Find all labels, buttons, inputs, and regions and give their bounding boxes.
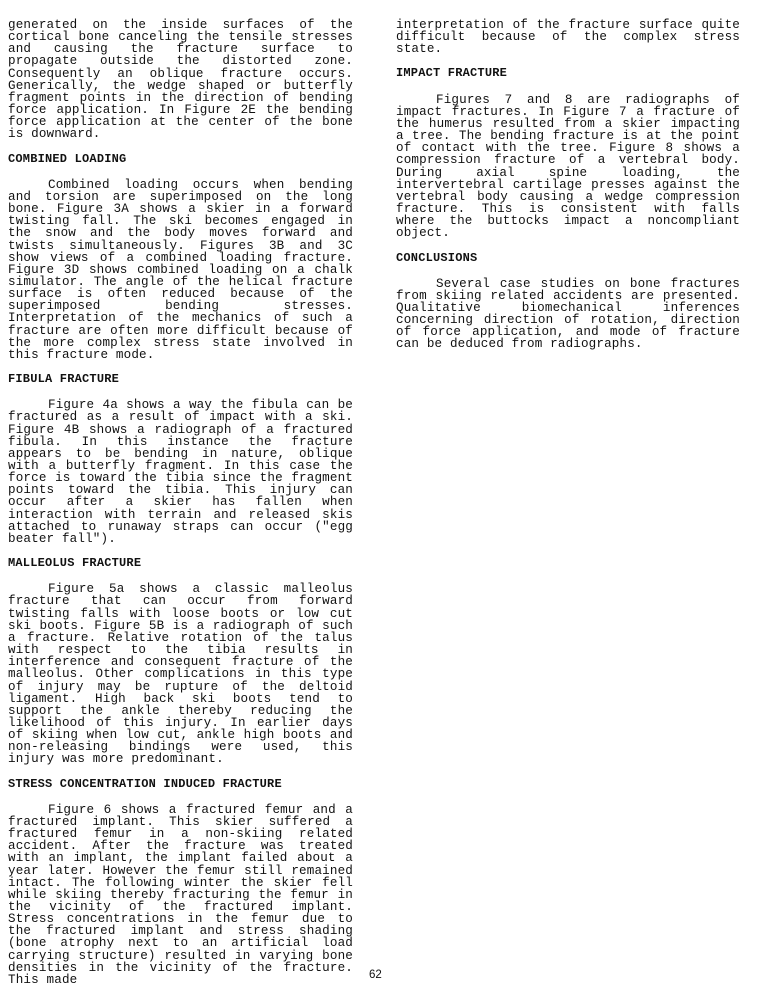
section-body-stress-concentration: Figure 6 shows a fractured femur and a f… [8,804,353,986]
continued-paragraph: generated on the inside surfaces of the … [8,19,353,141]
section-heading-combined-loading: COMBINED LOADING [8,153,353,165]
continued-paragraph-right: interpretation of the fracture surface q… [396,19,740,55]
section-heading-stress-concentration: STRESS CONCENTRATION INDUCED FRACTURE [8,778,353,790]
section-body-malleolus-fracture: Figure 5a shows a classic malleolus frac… [8,583,353,765]
left-column: generated on the inside surfaces of the … [8,19,353,986]
section-heading-impact-fracture: IMPACT FRACTURE [396,67,740,79]
section-body-conclusions: Several case studies on bone fractures f… [396,278,740,351]
right-column: interpretation of the fracture surface q… [396,19,740,351]
section-heading-conclusions: CONCLUSIONS [396,252,740,264]
section-body-fibula-fracture: Figure 4a shows a way the fibula can be … [8,399,353,545]
section-body-combined-loading: Combined loading occurs when bending and… [8,179,353,361]
section-heading-fibula-fracture: FIBULA FRACTURE [8,373,353,385]
page-number: 62 [369,969,382,981]
section-heading-malleolus-fracture: MALLEOLUS FRACTURE [8,557,353,569]
section-body-impact-fracture: Figures 7 and 8 are radiographs of impac… [396,94,740,240]
